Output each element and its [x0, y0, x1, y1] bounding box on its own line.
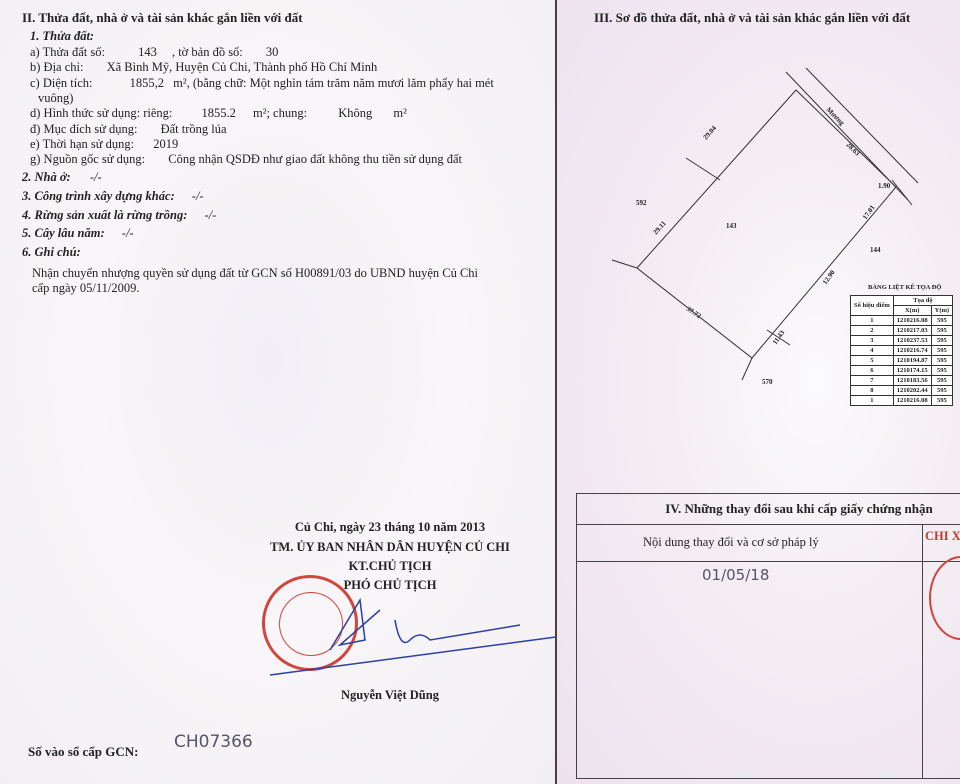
coords-row: 11210216.08595: [851, 316, 953, 326]
coords-row: 11210216.08595: [851, 396, 953, 406]
parcel-label: 143: [726, 222, 737, 230]
coords-cell: 1210202.44: [893, 386, 931, 396]
col-x: X(m): [893, 306, 931, 316]
coords-cell: 1210183.56: [893, 376, 931, 386]
coords-cell: 595: [931, 346, 952, 356]
coords-row: 41210216.74595: [851, 346, 953, 356]
coords-cell: 2: [851, 326, 894, 336]
left-page: II. Thửa đất, nhà ở và tài sản khác gắn …: [0, 0, 556, 784]
coords-cell: 1210217.03: [893, 326, 931, 336]
coords-cell: 595: [931, 386, 952, 396]
col-point: Số hiệu điểm: [851, 296, 894, 316]
section-iv-title: IV. Những thay đổi sau khi cấp giấy chứn…: [577, 494, 960, 525]
registry-number: CH07366: [174, 732, 253, 752]
registry-label: Số vào sổ cấp GCN:: [28, 744, 139, 760]
column-divider: [922, 524, 923, 778]
coords-row: 31210237.53595: [851, 336, 953, 346]
coords-cell: 595: [931, 376, 952, 386]
signature-icon: [0, 0, 556, 784]
coords-cell: 595: [931, 316, 952, 326]
col-y: Y(m): [931, 306, 952, 316]
coords-cell: 1210174.15: [893, 366, 931, 376]
edge-length: 12.90: [821, 268, 837, 286]
edge-length: 1.90: [878, 182, 891, 190]
coords-row: 61210174.15595: [851, 366, 953, 376]
coords-row: 51210194.87595: [851, 356, 953, 366]
edge-length: 28.63: [845, 141, 862, 158]
coords-cell: 1210216.08: [893, 396, 931, 406]
col-coords: Tọa độ: [893, 296, 952, 306]
coords-cell: 595: [931, 356, 952, 366]
coords-cell: 1: [851, 316, 894, 326]
signer-name: Nguyễn Việt Dũng: [240, 688, 540, 703]
changes-table: IV. Những thay đổi sau khi cấp giấy chứn…: [576, 493, 960, 779]
edge-length: 11.43: [771, 329, 787, 347]
coords-row: 81210202.44595: [851, 386, 953, 396]
coords-cell: 595: [931, 326, 952, 336]
confirmation-stamp-icon: [929, 556, 960, 640]
coords-row: 21210217.03595: [851, 326, 953, 336]
coords-cell: 1210216.08: [893, 316, 931, 326]
edge-length: 37.72: [685, 305, 703, 321]
col-confirm: CHI XÁC: [925, 529, 960, 544]
changes-header-row: Nội dung thay đổi và cơ sở pháp lý CHI X…: [577, 525, 960, 562]
coords-cell: 1210237.53: [893, 336, 931, 346]
neighbor-label: 592: [636, 199, 647, 207]
coords-cell: 1: [851, 396, 894, 406]
neighbor-label: 144: [870, 246, 881, 254]
coords-cell: 3: [851, 336, 894, 346]
edge-length: 29.11: [652, 219, 669, 236]
coords-cell: 1210194.87: [893, 356, 931, 366]
coords-cell: 4: [851, 346, 894, 356]
coords-cell: 595: [931, 366, 952, 376]
coords-cell: 1210216.74: [893, 346, 931, 356]
edge-length: 29.04: [702, 124, 719, 141]
coords-table-title: BẢNG LIỆT KÊ TỌA ĐỘ: [868, 284, 941, 291]
col-content: Nội dung thay đổi và cơ sở pháp lý: [643, 535, 819, 550]
coords-cell: 8: [851, 386, 894, 396]
coords-cell: 5: [851, 356, 894, 366]
neighbor-label: 570: [762, 378, 773, 386]
change-entry-date: 01/05/18: [702, 566, 769, 584]
coords-cell: 595: [931, 396, 952, 406]
coords-cell: 6: [851, 366, 894, 376]
coords-row: 71210183.56595: [851, 376, 953, 386]
coords-cell: 595: [931, 336, 952, 346]
coords-table: Số hiệu điểm Tọa độ X(m) Y(m) 11210216.0…: [850, 295, 953, 406]
coords-cell: 7: [851, 376, 894, 386]
